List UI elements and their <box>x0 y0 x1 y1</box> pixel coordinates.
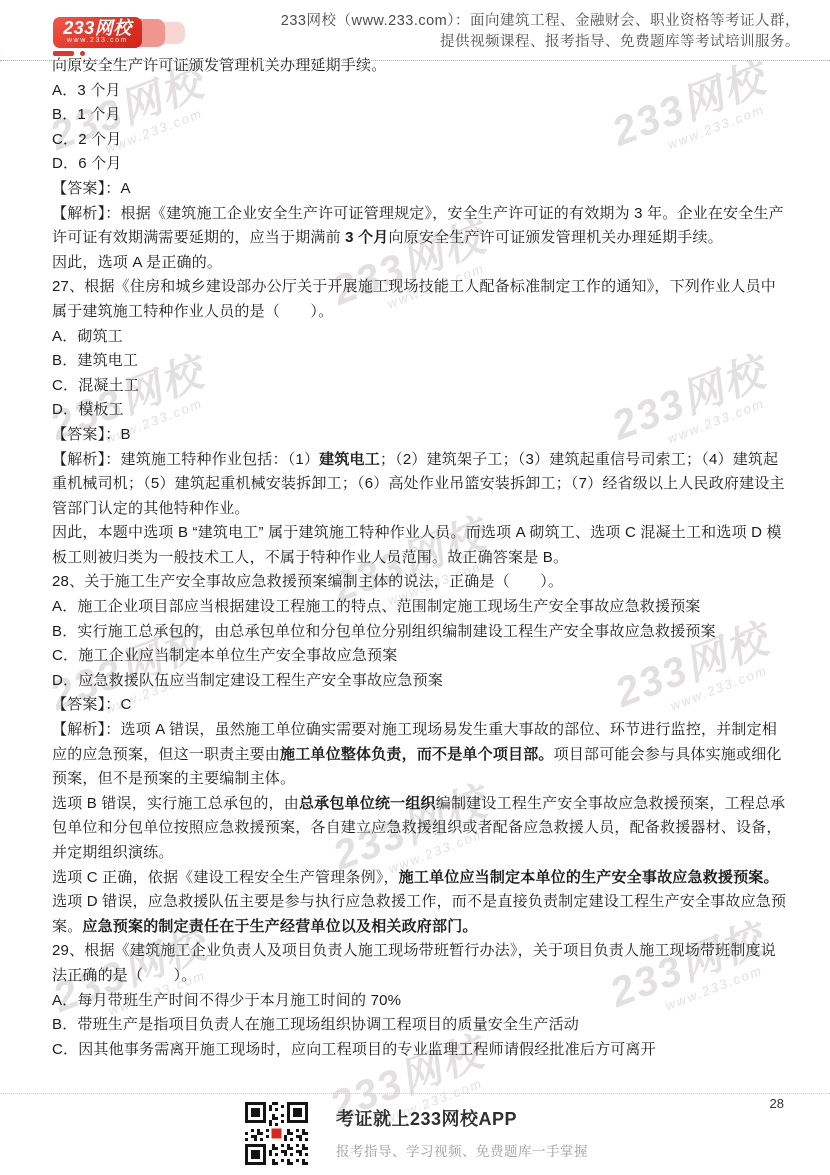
paragraph: A．3 个月 <box>52 79 790 104</box>
paragraph: B．建筑电工 <box>52 349 790 374</box>
paragraph: C．混凝土工 <box>52 374 790 399</box>
paragraph: 因此，本题中选项 B “建筑电工” 属于建筑施工特种作业人员。而选项 A 砌筑工… <box>52 521 790 570</box>
logo-underline-dash <box>53 51 74 56</box>
logo-badge: 233网校 www.233.com <box>53 17 142 48</box>
paragraph: 【答案】：B <box>52 423 790 448</box>
paragraph: 29、根据《建筑施工企业负责人及项目负责人施工现场带班暂行办法》，关于项目负责人… <box>52 939 790 988</box>
paragraph: A．砌筑工 <box>52 325 790 350</box>
paragraph: 28、关于施工生产安全事故应急救援预案编制主体的说法，正确是（ ）。 <box>52 570 790 595</box>
brand-logo: 233网校 www.233.com <box>53 17 193 59</box>
brand-domain: www.233.com <box>53 37 142 45</box>
header: 233网校 www.233.com 233网校（www.233.com）：面向建… <box>0 0 830 60</box>
paragraph: B．实行施工总承包的，由总承包单位和分包单位分别组织编制建设工程生产安全事故应急… <box>52 620 790 645</box>
footer-app-subtitle: 报考指导、学习视频、免费题库一手掌握 <box>336 1140 588 1160</box>
brand-name: 233网校 <box>53 19 142 37</box>
tagline-line2: 提供视频课程、报考指导、免费题库等考试培训服务。 <box>281 32 800 53</box>
paragraph: 27、根据《住房和城乡建设部办公厅关于开展施工现场技能工人配备标准制定工作的通知… <box>52 275 790 324</box>
paragraph: 选项 D 错误，应急救援队伍主要是参与执行应急救援工作，而不是直接负责制定建设工… <box>52 890 790 939</box>
header-tagline: 233网校（www.233.com）：面向建筑工程、金融财会、职业资格等考证人群… <box>281 11 800 53</box>
paragraph: 因此，选项 A 是正确的。 <box>52 251 790 276</box>
document-body: 向原安全生产许可证颁发管理机关办理延期手续。A．3 个月B．1 个月C．2 个月… <box>52 54 790 1062</box>
paragraph: C．因其他事务需离开施工现场时，应向工程项目的专业监理工程师请假经批准后方可离开 <box>52 1038 790 1063</box>
qr-code <box>245 1102 308 1165</box>
paragraph: A．施工企业项目部应当根据建设工程施工的特点、范围制定施工现场生产安全事故应急救… <box>52 595 790 620</box>
paragraph: 选项 C 正确，依据《建设工程安全生产管理条例》，施工单位应当制定本单位的生产安… <box>52 866 790 891</box>
paragraph: 【解析】：根据《建筑施工企业安全生产许可证管理规定》，安全生产许可证的有效期为 … <box>52 202 790 251</box>
page-number: 28 <box>770 1096 784 1111</box>
paragraph: 【答案】：C <box>52 693 790 718</box>
paragraph: 【解析】：选项 A 错误，虽然施工单位确实需要对施工现场易发生重大事故的部位、环… <box>52 718 790 792</box>
paragraph: C．施工企业应当制定本单位生产安全事故应急预案 <box>52 644 790 669</box>
paragraph: D．应急救援队伍应当制定建设工程生产安全事故应急预案 <box>52 669 790 694</box>
paragraph: 【答案】：A <box>52 177 790 202</box>
paragraph: C．2 个月 <box>52 128 790 153</box>
footer-divider <box>0 1093 830 1094</box>
paragraph: 【解析】：建筑施工特种作业包括：（1）建筑电工；（2）建筑架子工；（3）建筑起重… <box>52 448 790 522</box>
paragraph: D．模板工 <box>52 398 790 423</box>
paragraph: A．每月带班生产时间不得少于本月施工时间的 70% <box>52 989 790 1014</box>
paragraph: B．带班生产是指项目负责人在施工现场组织协调工程项目的质量安全生产活动 <box>52 1013 790 1038</box>
tagline-line1: 233网校（www.233.com）：面向建筑工程、金融财会、职业资格等考证人群… <box>281 11 800 32</box>
logo-underline-dot <box>80 51 85 56</box>
footer-app-promo: 考证就上233网校APP 报考指导、学习视频、免费题库一手掌握 <box>336 1102 588 1160</box>
header-divider <box>0 60 830 61</box>
paragraph: D．6 个月 <box>52 152 790 177</box>
footer: 考证就上233网校APP 报考指导、学习视频、免费题库一手掌握 <box>245 1102 588 1165</box>
page: 233网校www.233.com233网校www.233.com233网校www… <box>0 0 830 1175</box>
paragraph: 选项 B 错误，实行施工总承包的，由总承包单位统一组织编制建设工程生产安全事故应… <box>52 792 790 866</box>
footer-app-title: 考证就上233网校APP <box>336 1105 588 1131</box>
paragraph: B．1 个月 <box>52 103 790 128</box>
